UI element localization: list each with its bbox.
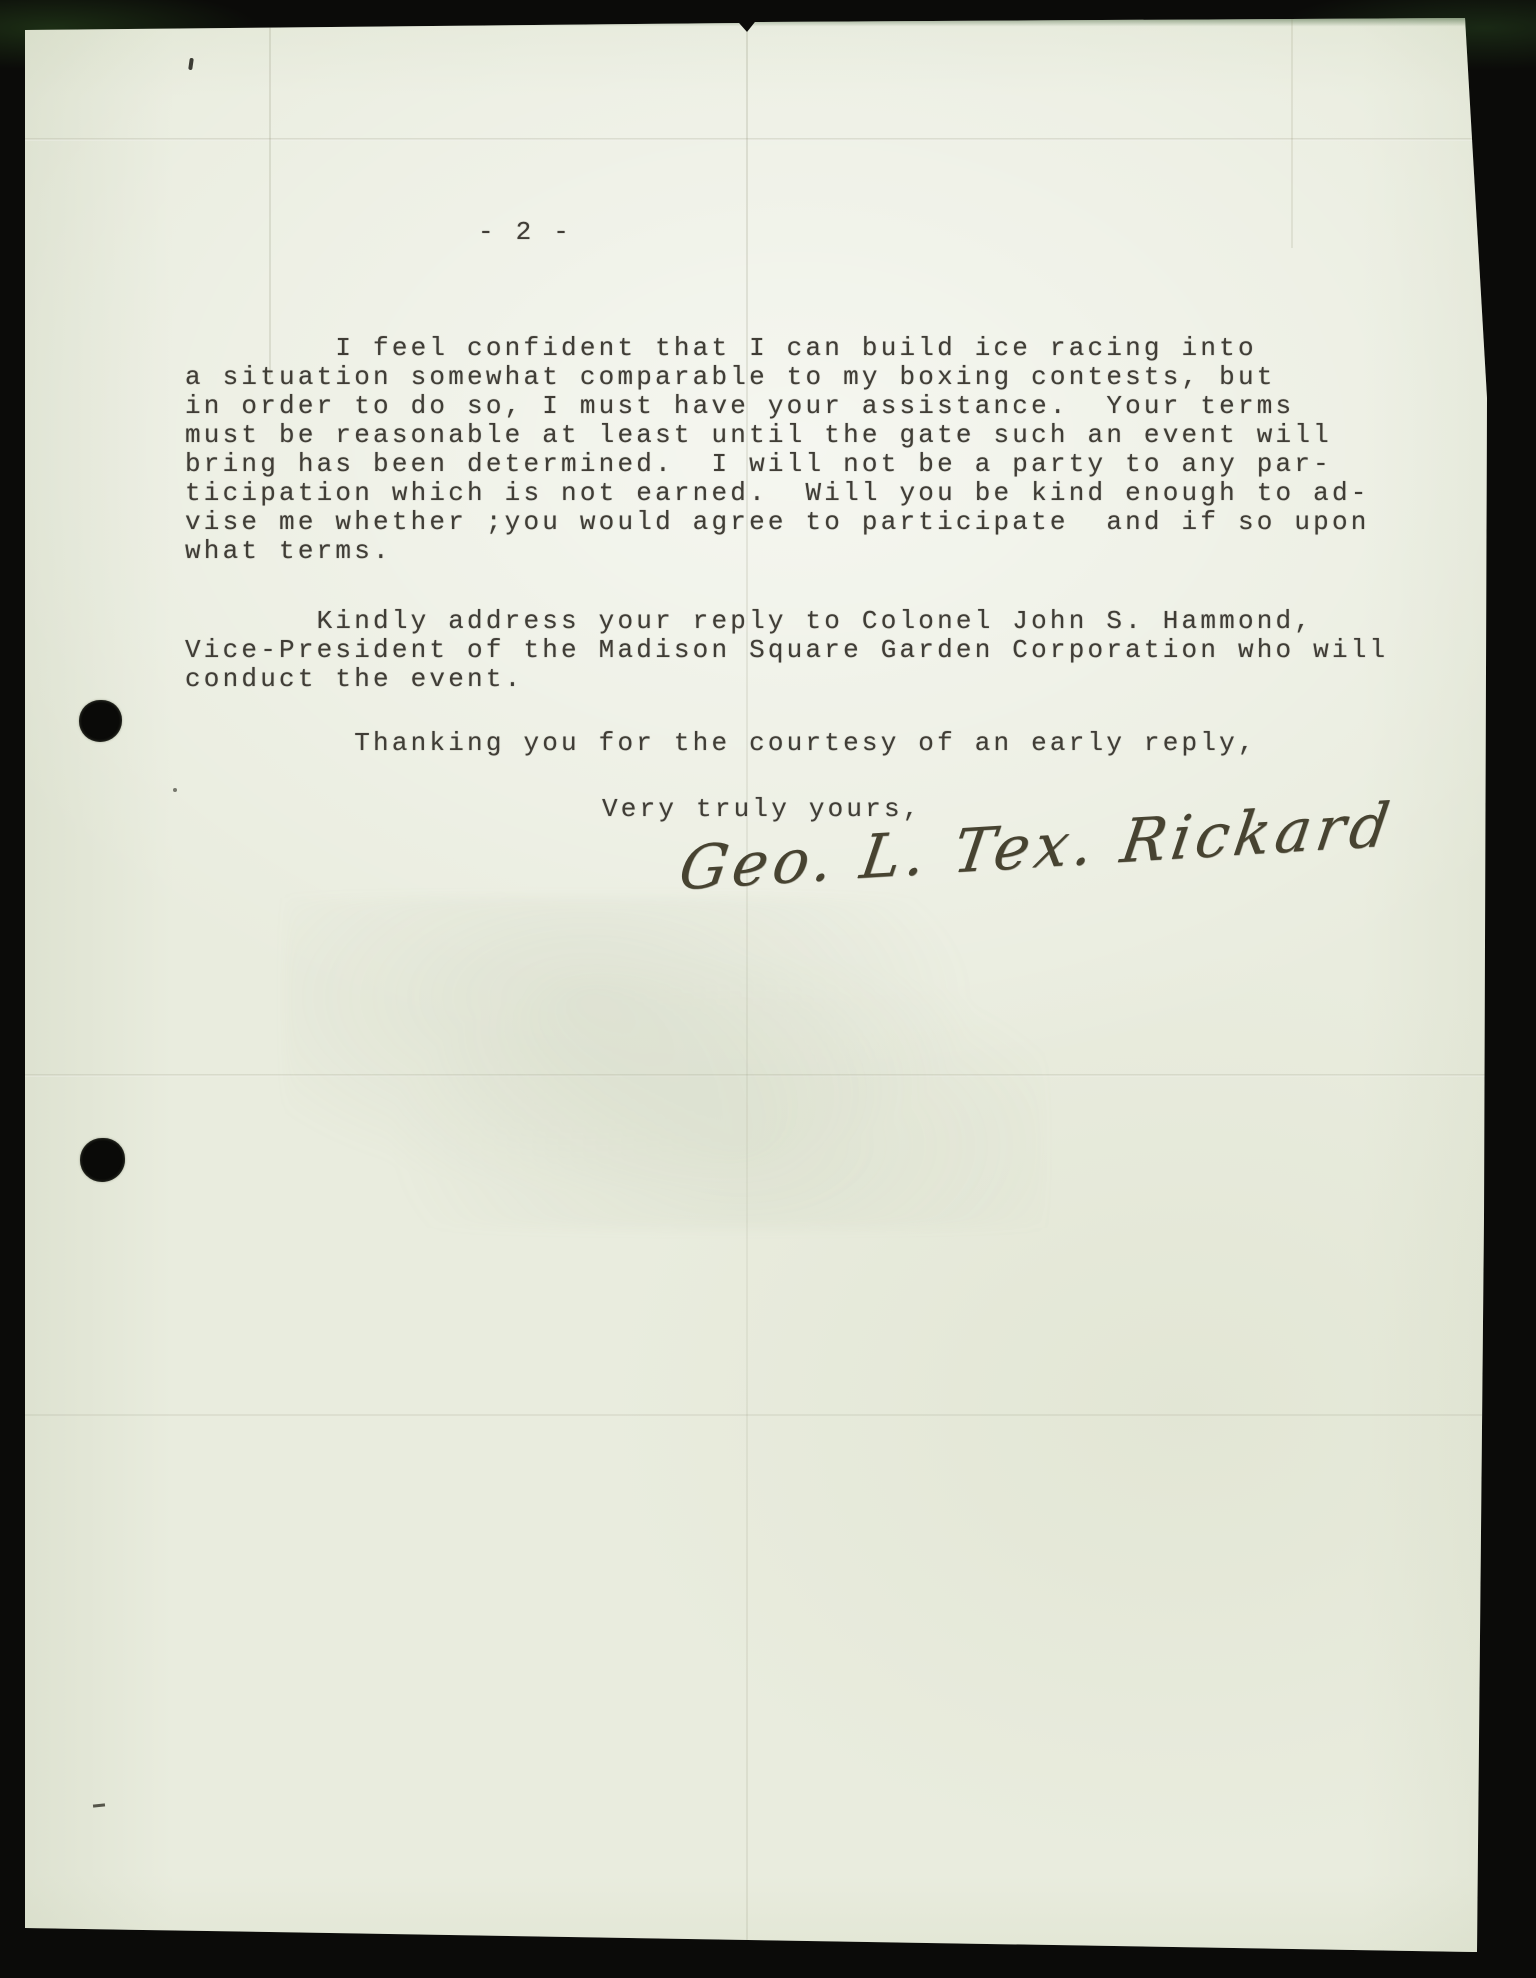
fold-crease-vertical-right — [1291, 18, 1293, 248]
punch-hole-bottom — [80, 1138, 125, 1182]
closing-line: Very truly yours, — [602, 795, 922, 824]
fold-crease-faint — [25, 1414, 1510, 1416]
body-paragraph-3: Thanking you for the courtesy of an earl… — [185, 729, 1257, 758]
fold-crease-lower — [25, 1074, 1510, 1077]
fold-crease-vertical-center — [746, 18, 748, 1952]
scanned-letter-page: - 2 - I feel confident that I can build … — [0, 0, 1536, 1978]
stray-speck — [173, 788, 177, 792]
stray-mark-top — [188, 58, 194, 70]
paper-top-edge-tint — [25, 18, 1510, 28]
punch-hole-top — [79, 700, 122, 742]
fold-crease-vertical-left — [269, 18, 271, 378]
body-paragraph-2: Kindly address your reply to Colonel Joh… — [185, 607, 1388, 694]
page-number: - 2 - — [478, 218, 572, 247]
body-paragraph-1: I feel confident that I can build ice ra… — [185, 334, 1370, 566]
fold-crease-upper — [25, 138, 1510, 141]
ink-bleed-smudge — [285, 898, 1045, 1228]
letter-paper: - 2 - I feel confident that I can build … — [25, 18, 1510, 1952]
stray-mark-bottom-left — [93, 1803, 105, 1807]
